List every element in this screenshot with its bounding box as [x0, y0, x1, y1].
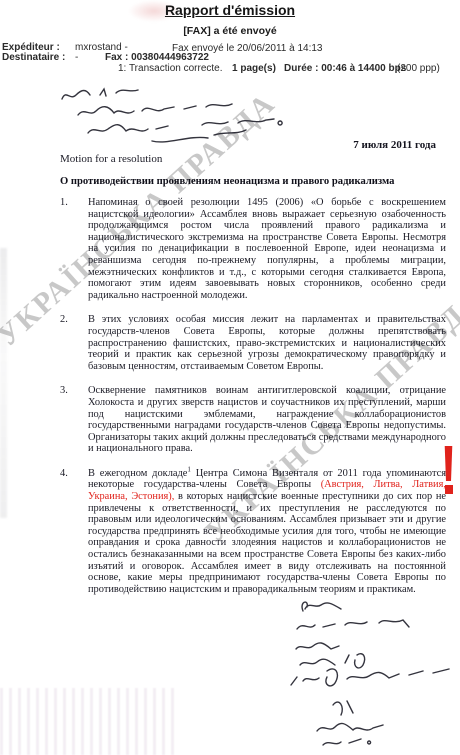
recipient-value: - — [75, 52, 78, 63]
handwritten-note-bottom — [283, 597, 458, 755]
recipient-fax-number: Fax : 00380444963722 — [105, 52, 209, 63]
paragraph-text: В этих условиях особая миссия лежит на п… — [88, 314, 446, 372]
paragraph-1: 1. Напоминая о своей резолюции 1495 (200… — [60, 197, 446, 301]
handwritten-note-top — [56, 83, 321, 148]
transmission-duration: Durée : 00:46 à 14400 bps — [284, 63, 406, 74]
paragraph-4-end: в которых нацистские военные преступники… — [88, 491, 446, 595]
exclamation-dot — [445, 485, 453, 494]
scan-artifact-bottom-streaks — [0, 688, 175, 755]
report-subtitle: [FAX] a été envoyé — [0, 25, 460, 37]
fax-page: УКРАЇНСЬКА ПРАВДА УКРАЇНСЬКА ПРАВДА Rapp… — [0, 0, 460, 755]
paragraph-text: В ежегодном докладе1 Центра Симона Визен… — [88, 468, 446, 596]
recipient-label: Destinataire : — [2, 52, 65, 63]
paragraph-number: 1. — [60, 197, 88, 301]
paragraph-text: Напоминая о своей резолюции 1495 (2006) … — [88, 197, 446, 301]
page-count: 1 page(s) — [232, 63, 276, 74]
report-title: Rapport d'émission — [0, 2, 460, 18]
paragraph-number: 3. — [60, 385, 88, 455]
paragraph-2: 2. В этих условиях особая миссия лежит н… — [60, 314, 446, 372]
paragraph-list: 1. Напоминая о своей резолюции 1495 (200… — [60, 197, 446, 608]
motion-label: Motion for a resolution — [60, 153, 162, 165]
document-date: 7 июля 2011 года — [353, 139, 436, 151]
red-exclamation-icon — [444, 446, 454, 498]
paragraph-number: 4. — [60, 468, 88, 596]
paragraph-number: 2. — [60, 314, 88, 372]
transmission-resolution: (200 ppp) — [397, 63, 440, 74]
document-title: О противодействии проявлениям неонацизма… — [60, 176, 450, 187]
scan-artifact-left-edge — [0, 248, 7, 518]
transaction-status: 1: Transaction correcte. — [118, 63, 223, 74]
paragraph-3: 3. Осквернение памятников воинам антигит… — [60, 385, 446, 455]
exclamation-bar — [444, 446, 453, 481]
paragraph-4: 4. В ежегодном докладе1 Центра Симона Ви… — [60, 468, 446, 596]
paragraph-text: Осквернение памятников воинам антигитлер… — [88, 385, 446, 455]
paragraph-4-start: В ежегодном докладе — [88, 468, 187, 479]
